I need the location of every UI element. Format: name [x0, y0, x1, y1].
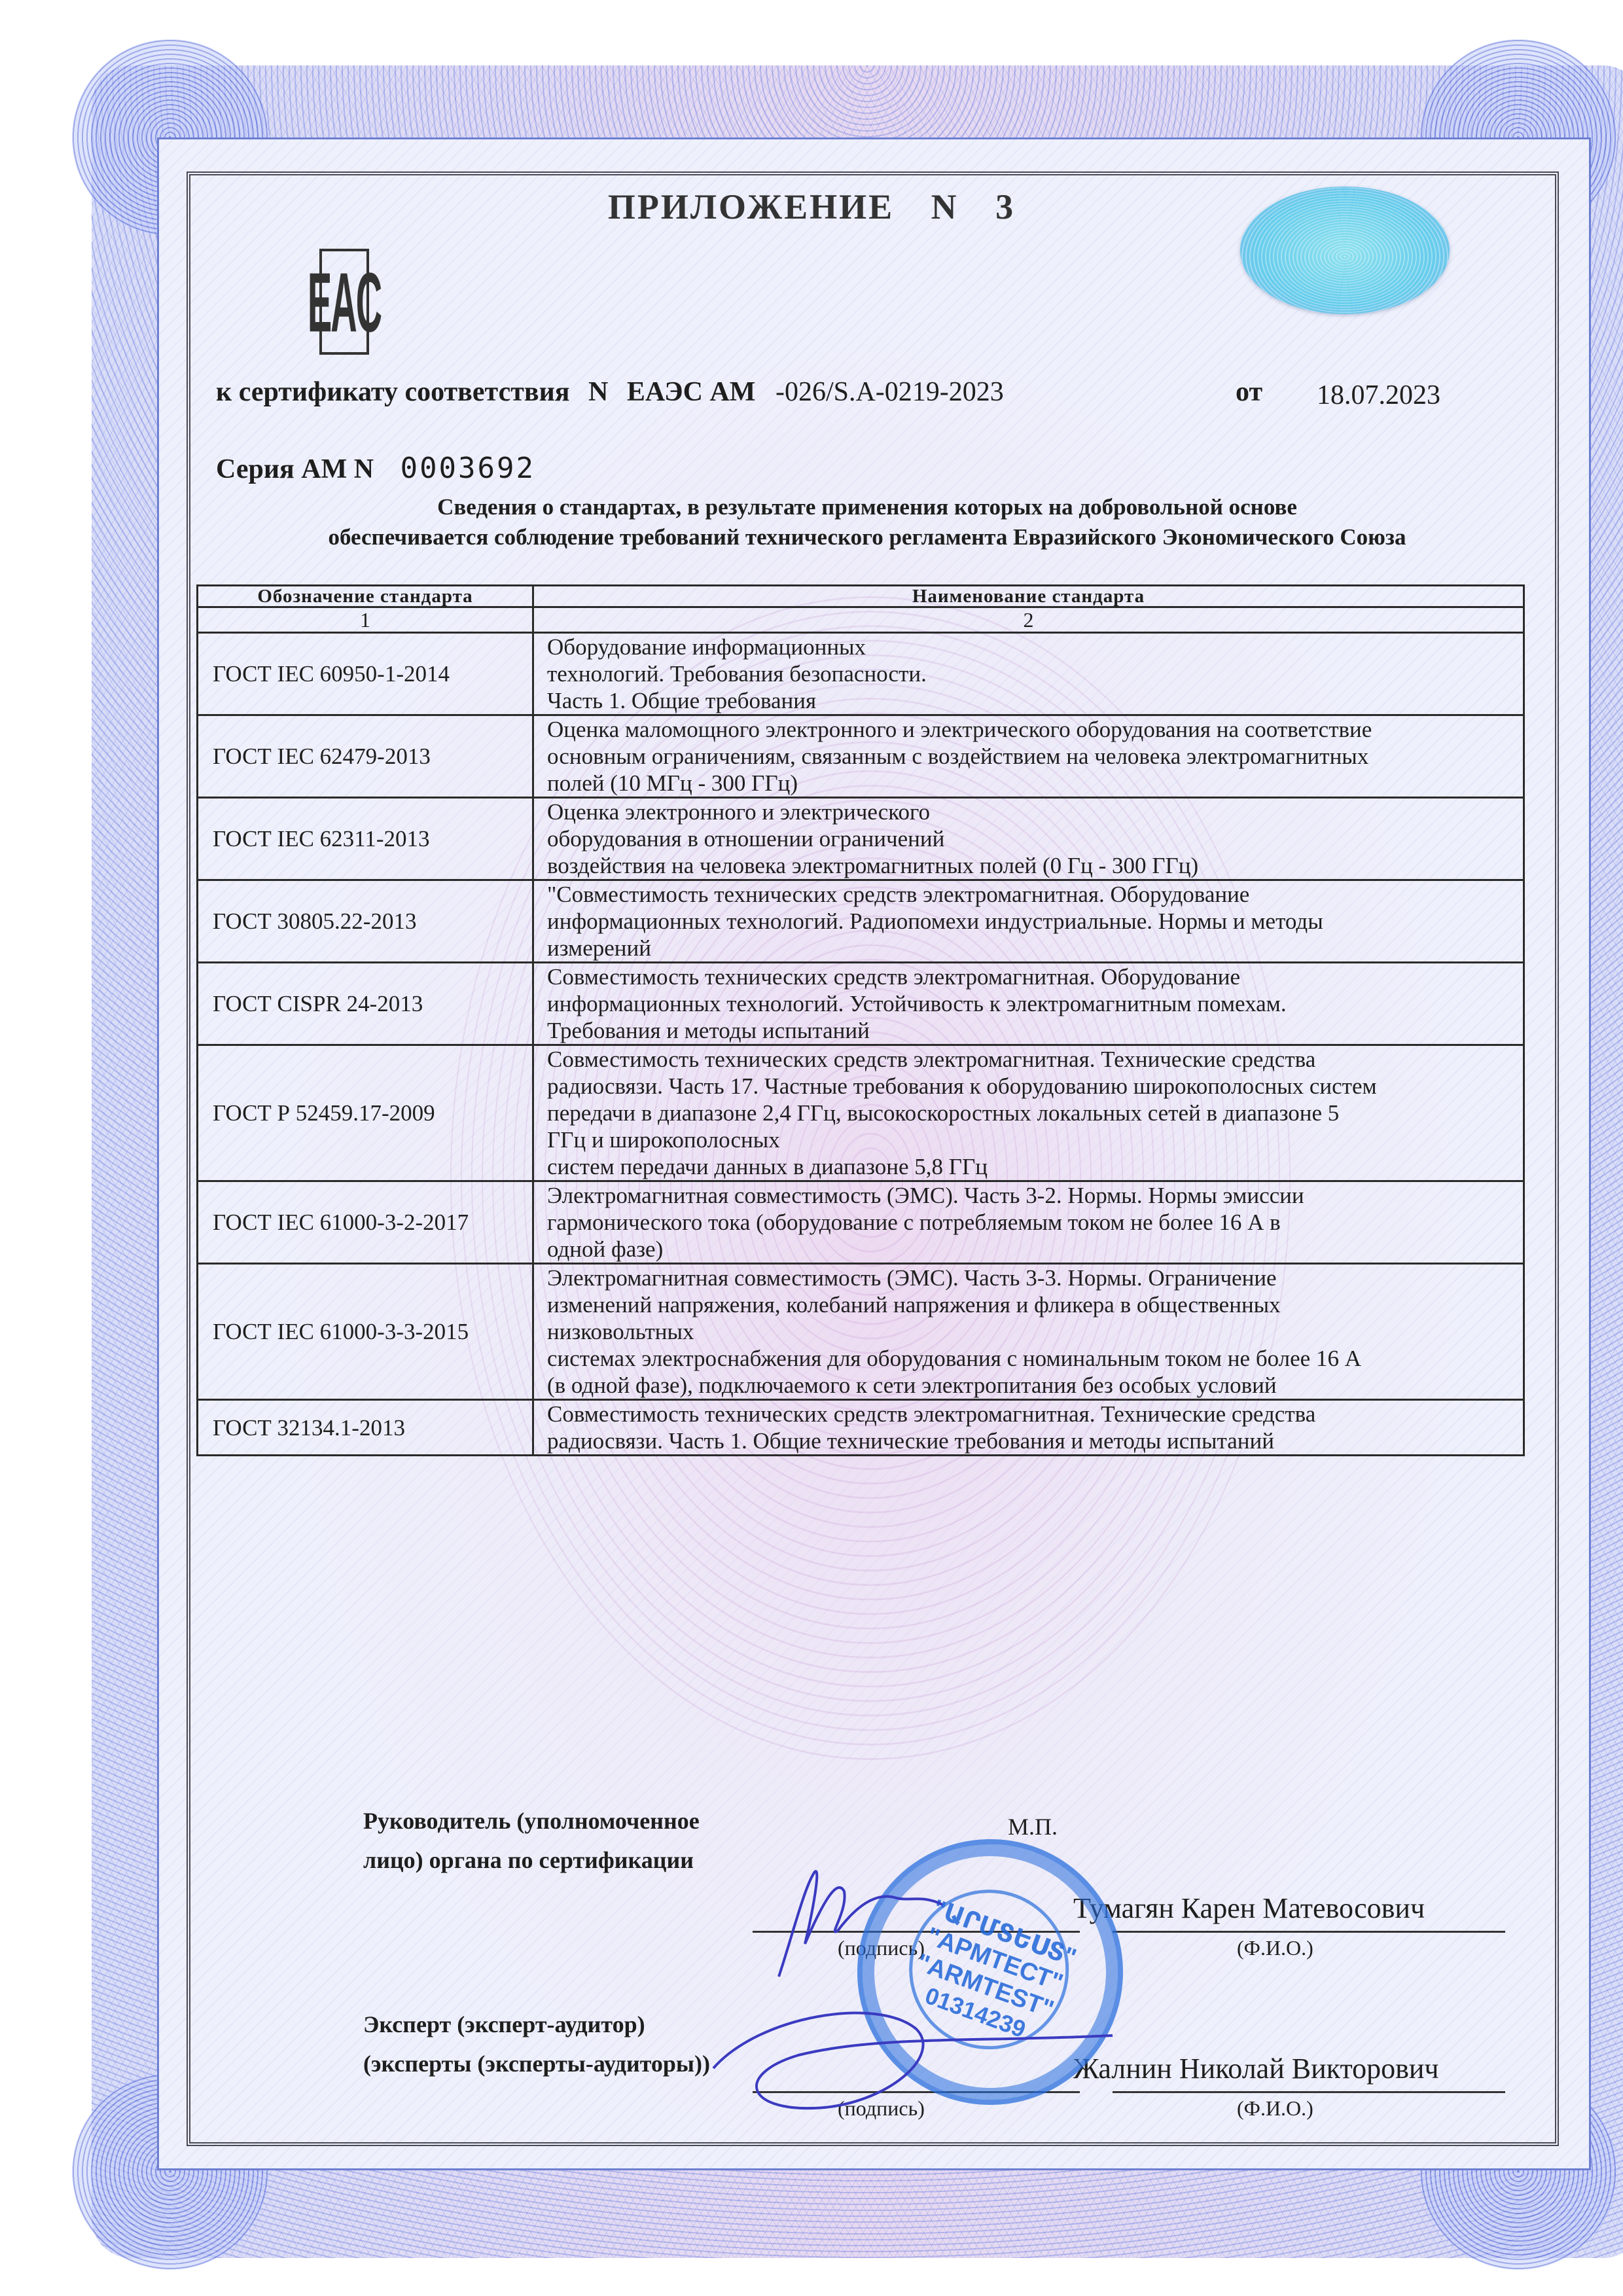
standard-name-line: передачи в диапазоне 2,4 ГГц, высокоскор…: [547, 1100, 1518, 1126]
name-caption: (Ф.И.О.): [1237, 1936, 1313, 1960]
name-line: [1113, 1931, 1505, 1933]
name-caption: (Ф.И.О.): [1237, 2096, 1313, 2121]
standard-code: ГОСТ IEC 60950-1-2014: [198, 633, 533, 715]
standard-name-line: информационных технологий. Устойчивость …: [547, 990, 1518, 1017]
standard-code: ГОСТ IEC 62311-2013: [198, 798, 533, 880]
expert-label-line: Эксперт (эксперт-аудитор): [363, 2005, 710, 2044]
standard-name: Электромагнитная совместимость (ЭМС). Ча…: [533, 1264, 1524, 1400]
header-name: Наименование стандарта: [533, 586, 1524, 607]
standard-name-line: воздействия на человека электромагнитных…: [547, 852, 1518, 879]
standard-name-line: низковольтных: [547, 1318, 1518, 1345]
title-text: ПРИЛОЖЕНИЕ: [608, 187, 894, 226]
standard-name-line: оборудования в отношении ограничений: [547, 825, 1518, 852]
standard-code: ГОСТ Р 52459.17-2009: [198, 1045, 533, 1181]
standard-name: Оценка электронного и электрическогообор…: [533, 798, 1524, 880]
standard-name-line: Часть 1. Общие требования: [547, 687, 1518, 714]
cert-date-label: от: [1236, 376, 1262, 408]
intro-line: Сведения о стандартах, в результате прим…: [216, 492, 1518, 522]
table-row: ГОСТ CISPR 24-2013Совместимость техничес…: [198, 963, 1524, 1045]
table-row: ГОСТ IEC 61000-3-3-2015Электромагнитная …: [198, 1264, 1524, 1400]
table-row: ГОСТ 30805.22-2013"Совместимость техниче…: [198, 880, 1524, 963]
expert-label: Эксперт (эксперт-аудитор) (эксперты (экс…: [363, 2005, 710, 2083]
head-signature-icon: [766, 1859, 949, 1983]
standard-name-line: гармонического тока (оборудование с потр…: [547, 1209, 1518, 1236]
table-row: ГОСТ IEC 62479-2013Оценка маломощного эл…: [198, 715, 1524, 798]
series-number: 0003692: [401, 452, 535, 485]
standard-name: Совместимость технических средств электр…: [533, 963, 1524, 1045]
cert-number: -026/S.A-0219-2023: [776, 377, 1004, 407]
head-label-line: Руководитель (уполномоченное: [363, 1801, 700, 1840]
standard-name-line: Электромагнитная совместимость (ЭМС). Ча…: [547, 1182, 1518, 1209]
title-no-label: N: [931, 187, 959, 226]
standard-name: Совместимость технических средств электр…: [533, 1045, 1524, 1181]
standard-name-line: радиосвязи. Часть 1. Общие технические т…: [547, 1427, 1518, 1454]
standard-name: Оценка маломощного электронного и электр…: [533, 715, 1524, 798]
expert-signature-icon: [707, 1990, 1126, 2121]
standard-name-line: одной фазе): [547, 1236, 1518, 1263]
standard-name: "Совместимость технических средств элект…: [533, 880, 1524, 963]
seal-place-label: М.П.: [1008, 1813, 1058, 1840]
standard-name-line: измерений: [547, 935, 1518, 961]
standard-name-line: Электромагнитная совместимость (ЭМС). Ча…: [547, 1265, 1518, 1291]
standard-code: ГОСТ 32134.1-2013: [198, 1400, 533, 1456]
standard-name-line: изменений напряжения, колебаний напряжен…: [547, 1291, 1518, 1318]
series-line: Серия АМ N 0003692: [216, 452, 535, 485]
standard-name-line: Оценка маломощного электронного и электр…: [547, 716, 1518, 743]
standard-name-line: основным ограничениям, связанным с возде…: [547, 743, 1518, 770]
table-row: ГОСТ IEC 60950-1-2014Оборудование информ…: [198, 633, 1524, 715]
standard-name-line: Совместимость технических средств электр…: [547, 1046, 1518, 1073]
cert-date: 18.07.2023: [1317, 380, 1440, 411]
head-label: Руководитель (уполномоченное лицо) орган…: [363, 1801, 700, 1880]
header-designation: Обозначение стандарта: [198, 586, 533, 607]
standard-code: ГОСТ CISPR 24-2013: [198, 963, 533, 1045]
intro-line: обеспечивается соблюдение требований тех…: [216, 522, 1518, 552]
standard-name-line: "Совместимость технических средств элект…: [547, 881, 1518, 908]
table-header-row: Обозначение стандарта Наименование станд…: [198, 586, 1524, 607]
standard-name-line: технологий. Требования безопасности.: [547, 660, 1518, 687]
standard-name-line: (в одной фазе), подключаемого к сети эле…: [547, 1372, 1518, 1399]
certificate-reference: к сертификату соответствия N ЕАЭС АМ -02…: [216, 376, 1004, 408]
intro-text: Сведения о стандартах, в результате прим…: [216, 492, 1518, 552]
table-row: ГОСТ 32134.1-2013Совместимость техническ…: [198, 1400, 1524, 1456]
standard-name-line: Оценка электронного и электрического: [547, 798, 1518, 825]
standard-name: Электромагнитная совместимость (ЭМС). Ча…: [533, 1181, 1524, 1264]
table-row: ГОСТ IEC 62311-2013Оценка электронного и…: [198, 798, 1524, 880]
head-name: Тумагян Карен Матевосович: [1073, 1892, 1425, 1925]
standard-name-line: систем передачи данных в диапазоне 5,8 Г…: [547, 1153, 1518, 1180]
cert-no-label: N: [588, 377, 608, 407]
standard-name-line: Совместимость технических средств электр…: [547, 1401, 1518, 1427]
standard-name-line: полей (10 МГц - 300 ГГц): [547, 770, 1518, 797]
eac-mark-text: EAC: [308, 253, 381, 351]
cert-ref-prefix: к сертификату соответствия: [216, 377, 570, 407]
standard-name-line: Оборудование информационных: [547, 634, 1518, 660]
column-number: 1: [198, 607, 533, 633]
standard-name-line: радиосвязи. Часть 17. Частные требования…: [547, 1073, 1518, 1100]
standard-code: ГОСТ IEC 62479-2013: [198, 715, 533, 798]
appendix-number: 3: [995, 187, 1015, 226]
standard-name-line: информационных технологий. Радиопомехи и…: [547, 908, 1518, 935]
standard-name: Совместимость технических средств электр…: [533, 1400, 1524, 1456]
name-line: [1113, 2091, 1505, 2093]
standard-name-line: Совместимость технических средств электр…: [547, 963, 1518, 990]
hologram-sticker-icon: [1240, 187, 1450, 314]
standard-name: Оборудование информационныхтехнологий. Т…: [533, 633, 1524, 715]
table-row: ГОСТ Р 52459.17-2009Совместимость технич…: [198, 1045, 1524, 1181]
cert-registry: ЕАЭС АМ: [627, 377, 756, 407]
standard-name-line: системах электроснабжения для оборудован…: [547, 1345, 1518, 1372]
standards-table: Обозначение стандарта Наименование станд…: [196, 584, 1525, 1456]
standard-code: ГОСТ IEC 61000-3-3-2015: [198, 1264, 533, 1400]
expert-label-line: (эксперты (эксперты-аудиторы)): [363, 2044, 710, 2083]
table-row: ГОСТ IEC 61000-3-2-2017Электромагнитная …: [198, 1181, 1524, 1264]
standard-name-line: ГГц и широкополосных: [547, 1126, 1518, 1153]
expert-name: Жалнин Николай Викторович: [1073, 2052, 1439, 2085]
series-label: Серия АМ N: [216, 454, 374, 484]
eac-mark-icon: EAC: [319, 249, 369, 355]
column-number-row: 1 2: [198, 607, 1524, 633]
standard-code: ГОСТ 30805.22-2013: [198, 880, 533, 963]
head-label-line: лицо) органа по сертификации: [363, 1840, 700, 1880]
standard-code: ГОСТ IEC 61000-3-2-2017: [198, 1181, 533, 1264]
column-number: 2: [533, 607, 1524, 633]
standard-name-line: Требования и методы испытаний: [547, 1017, 1518, 1044]
